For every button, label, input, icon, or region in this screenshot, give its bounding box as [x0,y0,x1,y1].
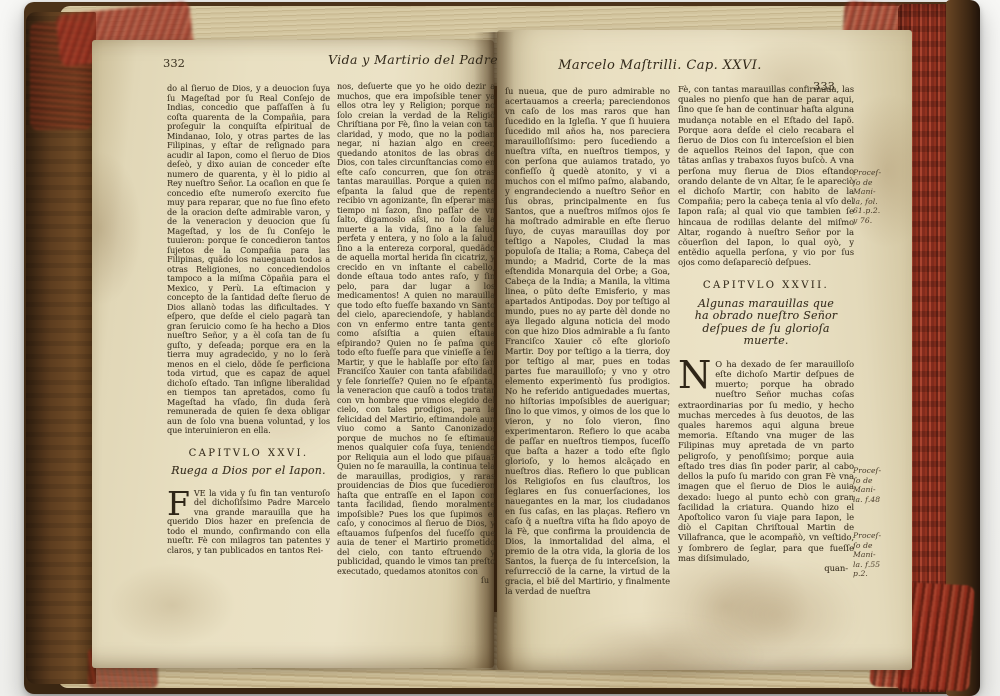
margin-note-1: Proceſ- ſo de Mani- la, fol. 61.p.2. y 7… [853,168,915,226]
catchword: ſu [337,576,495,586]
paragraph: nos, deſuerte que yo he oido dezir a muc… [337,82,495,576]
dropcap-F: F [167,489,194,517]
paragraph: ſu nueua, que de puro admirable no acert… [505,86,670,596]
book-photograph: 332 Vida y Martirio del Padre do al ſier… [0,0,1000,696]
margin-note-3: Proceſ- ſo de Mani- la. f.55 p.2. [853,531,915,579]
chapter-heading-27: CAPITVLO XXVII. [678,281,854,291]
catchword: quan- [678,563,854,573]
left-page-number: 332 [163,56,185,70]
right-running-title: Marcelo Maſtrilli. Cap. XXVI. [545,58,775,73]
left-column-1: do al ſieruo de Dios, y a deuocion ſuya … [167,84,330,620]
chapter-subtitle-26: Ruega a Dios por el Iapon. [167,465,330,478]
chapter-subtitle-27: Algunas marauillas que ha obrado nueſtro… [691,298,841,348]
paragraph: Fè, con tantas marauillas confirmada, la… [678,84,854,268]
paragraph-dropcap: FVE la vida y ſu fin tan venturoſo del d… [167,489,330,556]
paragraph-dropcap: NO ha dexado de ſer marauilloſo eſte dic… [678,359,854,563]
right-column-1: ſu nueua, que de puro admirable no acert… [505,86,670,616]
margin-note-2: Proceſ- ſo de Mani- la. f.48 [853,466,915,504]
left-running-title: Vida y Martirio del Padre [328,52,488,67]
right-column-2: Fè, con tantas marauillas confirmada, la… [678,84,854,629]
left-column-2: nos, deſuerte que yo he oido dezir a muc… [337,82,495,622]
dropcap-N: N [678,359,715,390]
page-stain [560,620,760,690]
chapter-heading-26: CAPITVLO XXVI. [167,449,330,459]
paragraph: do al ſieruo de Dios, y a deuocion ſuya … [167,84,330,436]
